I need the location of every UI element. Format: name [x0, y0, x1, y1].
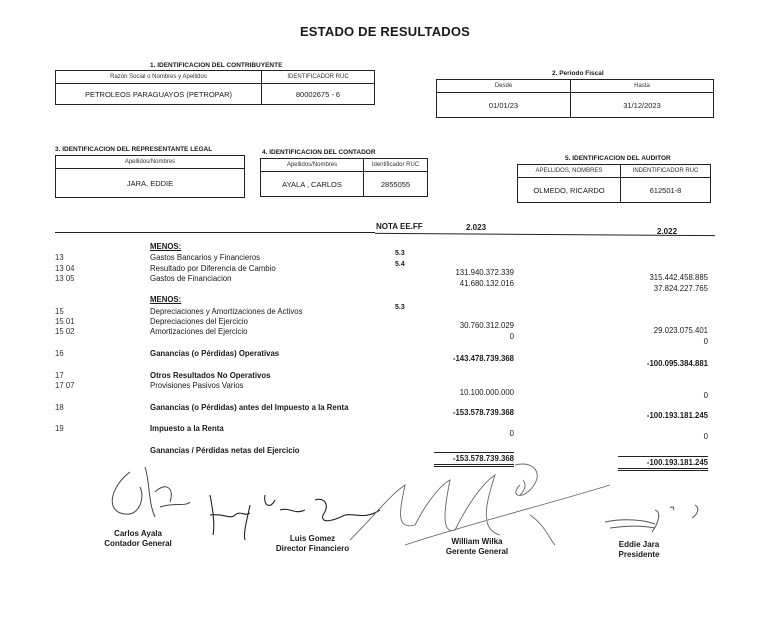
- signature-william-wilka: [345, 455, 615, 550]
- account-code: 13: [55, 253, 64, 262]
- line-item-gastos-de-financiacion: Gastos de Financiacion: [150, 274, 231, 283]
- auditor-table: APELLIDOS, NOMBRES INDENTIFICADOR RUC OL…: [517, 164, 711, 203]
- signer-role: Presidente: [604, 550, 674, 560]
- line-item-otros-resultados-no-operativos: Otros Resultados No Operativos: [150, 371, 270, 380]
- line-item-ganancias-o-perdidas-antes-del-impuesto-a-la-renta: Ganancias (o Pérdidas) antes del Impuest…: [150, 403, 348, 412]
- signer-name: Eddie Jara: [604, 540, 674, 550]
- ruc-header: IDENTIFICADOR RUC: [262, 71, 375, 84]
- year-2022-column-header: 2.022: [657, 227, 677, 236]
- value-2023: 131.940.372.339: [455, 268, 514, 277]
- hasta-header: Hasta: [571, 80, 714, 93]
- account-code: 13 04: [55, 264, 75, 273]
- periodo-table: Desde Hasta 01/01/23 31/12/2023: [436, 79, 714, 118]
- razon-social-header: Razón Social o Nombres y Apellidos: [56, 71, 262, 84]
- value-2023: 41.680.132.016: [460, 279, 514, 288]
- nota-reference: 5.3: [395, 304, 405, 311]
- account-code: 15: [55, 307, 64, 316]
- value-2023: 0: [510, 429, 514, 438]
- signature-carlos-ayala: [100, 462, 195, 522]
- value-2023: 10.100.000.000: [460, 388, 514, 397]
- contador-table: Apellidos/Nombres Identificador RUC AYAL…: [260, 158, 428, 197]
- representante-section-title: 3. IDENTIFICACION DEL REPRESENTANTE LEGA…: [55, 146, 212, 153]
- razon-social-value: PETROLEOS PARAGUAYOS (PETROPAR): [56, 84, 262, 105]
- header-rule-left: [55, 232, 375, 233]
- value-2022: 315.442.458.885: [649, 273, 708, 282]
- value-2022: 0: [704, 337, 708, 346]
- contador-ruc-header: Identificador RUC: [364, 159, 428, 172]
- signer-name: Carlos Ayala: [98, 529, 178, 539]
- auditor-ruc-header: INDENTIFICADOR RUC: [621, 165, 711, 178]
- nota-reference: 5.3: [395, 250, 405, 257]
- value-2023: 30.760.312.029: [460, 321, 514, 330]
- representante-header: Apellidos/Nombres: [56, 156, 245, 169]
- auditor-ruc-value: 612501-8: [621, 178, 711, 203]
- signer-name: William Wilka: [437, 537, 517, 547]
- line-item-ganancias-o-perdidas-operativas: Ganancias (o Pérdidas) Operativas: [150, 349, 279, 358]
- nota-column-header: NOTA EE.FF: [376, 222, 423, 231]
- line-item-gastos-bancarios-y-financieros: Gastos Bancarios y Financieros: [150, 253, 260, 262]
- signer-role: Gerente General: [437, 547, 517, 557]
- account-code: 17 07: [55, 381, 75, 390]
- contribuyente-table: Razón Social o Nombres y Apellidos IDENT…: [55, 70, 375, 105]
- value-2023: 0: [510, 332, 514, 341]
- desde-value: 01/01/23: [437, 93, 571, 118]
- account-code: 15 02: [55, 327, 75, 336]
- representante-value: JARA, EDDIE: [56, 169, 245, 198]
- desde-header: Desde: [437, 80, 571, 93]
- document-title: ESTADO DE RESULTADOS: [0, 24, 770, 39]
- contador-name-value: AYALA , CARLOS: [261, 172, 364, 197]
- year-2023-column-header: 2.023: [466, 223, 486, 232]
- line-item-depreciaciones-del-ejercicio: Depreciaciones del Ejercicio: [150, 317, 248, 326]
- signer-role: Contador General: [98, 539, 178, 549]
- signer-role: Director Financiero: [265, 544, 360, 554]
- value-2023: -153.578.739.368: [453, 408, 514, 417]
- contador-section-title: 4. IDENTIFICACION DEL CONTADOR: [262, 149, 376, 156]
- contador-ruc-value: 2855055: [364, 172, 428, 197]
- value-2022: 0: [704, 432, 708, 441]
- signature-block-luis-gomez: Luis Gomez Director Financiero: [265, 534, 360, 554]
- nota-reference: 5.4: [395, 261, 405, 268]
- line-item-menos: MENOS:: [150, 242, 181, 251]
- line-item-impuesto-a-la-renta: Impuesto a la Renta: [150, 424, 224, 433]
- account-code: 17: [55, 371, 64, 380]
- hasta-value: 31/12/2023: [571, 93, 714, 118]
- auditor-name-header: APELLIDOS, NOMBRES: [518, 165, 621, 178]
- auditor-name-value: OLMEDO, RICARDO: [518, 178, 621, 203]
- line-item-amortizaciones-del-ejercicio: Amortizaciones del Ejercicio: [150, 327, 248, 336]
- value-2022: -100.193.181.245: [647, 411, 708, 420]
- contador-name-header: Apellidos/Nombres: [261, 159, 364, 172]
- auditor-section-title: 5. IDENTIFICACION DEL AUDITOR: [565, 155, 671, 162]
- signature-block-william-wilka: William Wilka Gerente General: [437, 537, 517, 557]
- account-code: 13 05: [55, 274, 75, 283]
- value-2023: -143.478.739.368: [453, 354, 514, 363]
- value-2022: 0: [704, 391, 708, 400]
- value-2022: 37.824.227.765: [654, 284, 708, 293]
- account-code: 16: [55, 349, 64, 358]
- contribuyente-section-title: 1. IDENTIFICACION DEL CONTRIBUYENTE: [150, 62, 282, 69]
- line-item-depreciaciones-y-amortizaciones-de-activos: Depreciaciones y Amortizaciones de Activ…: [150, 307, 303, 316]
- line-item-resultado-por-diferencia-de-cambio: Resultado por Diferencia de Cambio: [150, 264, 276, 273]
- signer-name: Luis Gomez: [265, 534, 360, 544]
- periodo-section-title: 2. Periodo Fiscal: [552, 70, 604, 77]
- account-code: 18: [55, 403, 64, 412]
- account-code: 19: [55, 424, 64, 433]
- line-item-provisiones-pasivos-varios: Provisiones Pasivos Varios: [150, 381, 243, 390]
- signature-block-carlos-ayala: Carlos Ayala Contador General: [98, 529, 178, 549]
- line-item-ganancias-perdidas-netas-del-ejercicio: Ganancias / Pérdidas netas del Ejercicio: [150, 446, 300, 455]
- ruc-value: 80002675 - 6: [262, 84, 375, 105]
- value-2022: -100.095.384.881: [647, 359, 708, 368]
- value-2022: 29.023.075.401: [654, 326, 708, 335]
- value-2022: -100.193.181.245: [618, 456, 708, 471]
- signature-block-eddie-jara: Eddie Jara Presidente: [604, 540, 674, 560]
- account-code: 15 01: [55, 317, 75, 326]
- line-item-menos: MENOS:: [150, 295, 181, 304]
- representante-table: Apellidos/Nombres JARA, EDDIE: [55, 155, 245, 198]
- signature-eddie-jara: [600, 500, 710, 535]
